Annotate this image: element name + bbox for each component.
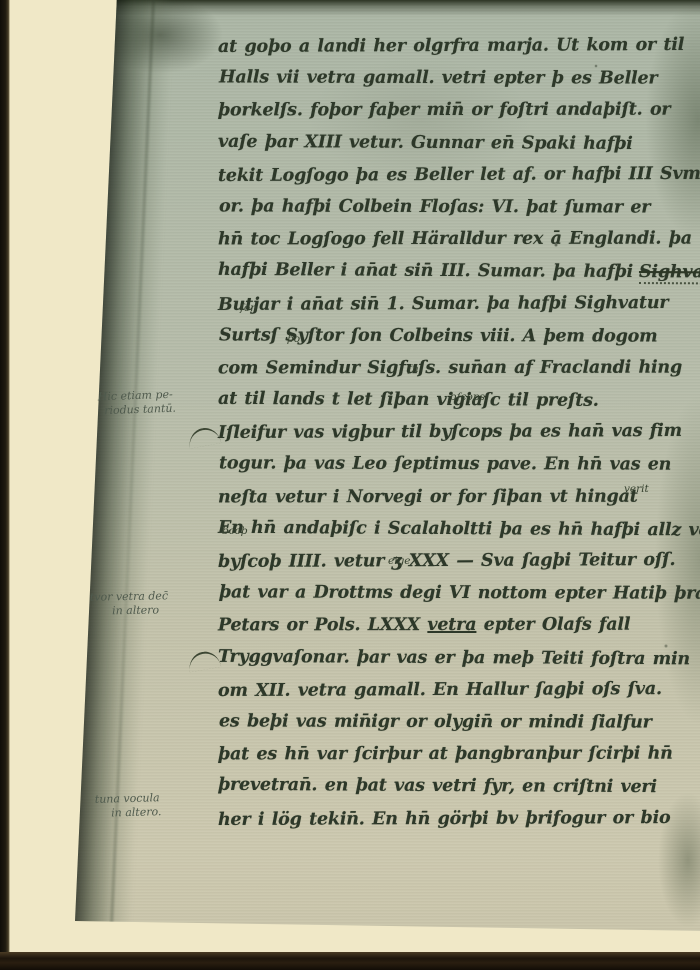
text-segment: epter Olafs fall [484,615,631,635]
interlinear-gloss: bcoþ [222,526,248,537]
text-line: es beþi vas min̄igr or olygin̄ or mindi … [219,705,669,738]
margin-note-line: tvor vetra dec̄ [90,589,168,604]
interlinear-gloss: þo [287,334,300,345]
text-line: Butjar i an̄at sin̄ 1. Sumar. þa hafþi S… [218,287,668,321]
text-line: Halls vii vetra gamall. vetri epter þ es… [219,62,669,95]
text-line: Petars or Pols. LXXX vetra epter Olafs f… [218,609,668,642]
text-line: or. þa hafþi Colbein Floſas: VI. þat ſum… [219,190,669,223]
text-line: þat var a Drottms degi VI nottom epter H… [219,577,669,610]
interlinear-gloss: fn̄ [408,364,419,375]
text-line: þrevetran̄. en þat vas vetri fyr, en cri… [218,769,668,804]
margin-note-line: riodus tantū. [104,402,176,418]
manuscript-text-block: at goþo a landi her olgrfra marja. Ut ko… [218,30,668,835]
text-line: þorkelſs. foþor faþer min̄ or foſtri and… [218,94,668,127]
text-line-paragraph-initial: Iſleifur vas vigþur til byſcops þa es ha… [218,415,668,449]
margin-note: tvor vetra dec̄ in altero [90,589,169,618]
text-line: hn̄ toc Logſogo fell Häralldur rex ā Eng… [218,223,668,256]
gutter-shadow [0,0,10,970]
text-line: vaſe þar XIII vetur. Gunnar en̄ Spaki ha… [218,125,668,160]
text-line-paragraph-initial: Tryggvaſonar. þar vas er þa meþ Teiti fo… [218,640,668,675]
book-page: at goþo a landi her olgrfra marja. Ut ko… [0,0,700,970]
text-line: þat es hn̄ var ſcirþur at þangbranþur ſc… [218,738,668,771]
interlinear-gloss: bſcops [450,392,485,403]
margin-note-line: in altero. [111,805,162,820]
text-line: En hn̄ andaþiſc i Scalaholtti þa es hn̄ … [218,512,668,547]
page-bottom-shadow [0,952,700,970]
margin-note: Hic etiam pe- riodus tantū. [98,388,177,419]
text-line: com Semindur Sigfuſs. sun̄an af Fracland… [218,351,668,384]
text-line: om XII. vetra gamall. En Hallur ſagþi oſ… [218,673,668,707]
text-line: neſta vetur i Norvegi or for ſiþan vt hi… [218,480,668,513]
text-line: byſcoþ IIII. vetur ʒ XXX — Sva ſagþi Tei… [218,544,668,578]
text-segment: hafþi Beller i an̄at sin̄ III. Sumar. þa… [218,260,633,282]
text-line: her i lög tekin̄. En hn̄ görþi bv þrifog… [218,802,668,836]
text-line: at goþo a landi her olgrfra marja. Ut ko… [218,29,668,63]
margin-note-line: in altero [112,603,168,618]
interlinear-gloss: ſon [240,303,257,314]
underlined-word: vetra [427,615,476,635]
margin-note: tuna vocula in altero. [95,791,162,821]
text-line: tekit Logſogo þa es Beller let af. or ha… [218,158,668,192]
interlinear-gloss: verit [624,484,649,495]
text-line: hafþi Beller i an̄at sin̄ III. Sumar. þa… [218,254,668,289]
interlinear-gloss: eige [388,556,411,567]
text-line: togur. þa vas Leo ſeptimus pave. En hn̄ … [219,448,669,481]
struck-word: Sighvate [639,262,700,284]
text-segment: Petars or Pols. LXXX [218,615,420,635]
text-line: at til lands t let ſiþan vigiaſc til pre… [218,383,668,418]
